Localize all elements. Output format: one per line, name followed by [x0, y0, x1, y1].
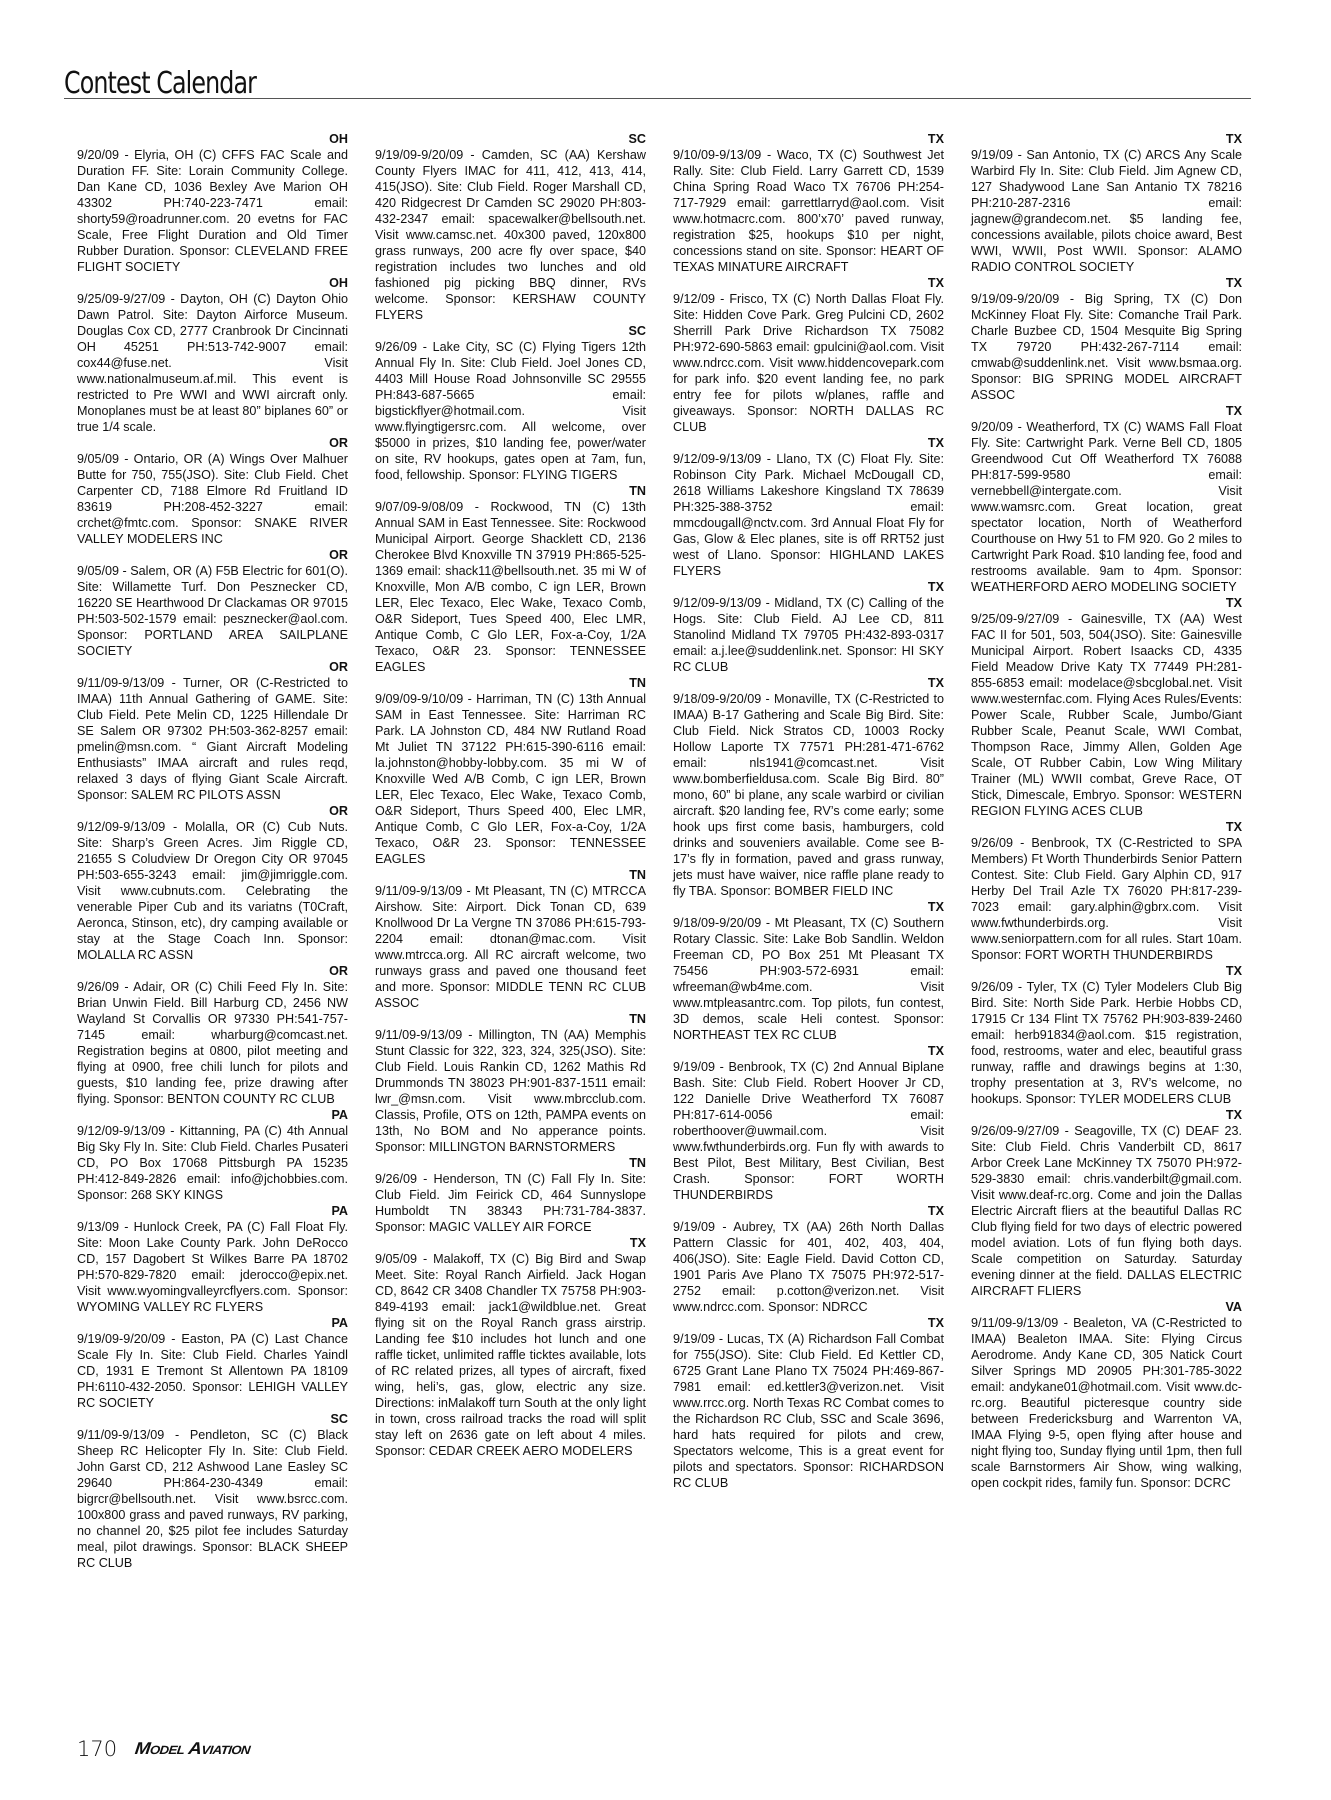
- contest-entry: PA9/19/09-9/20/09 - Easton, PA (C) Last …: [77, 1315, 348, 1411]
- state-heading: TN: [375, 675, 646, 691]
- entry-text: 9/12/09-9/13/09 - Molalla, OR (C) Cub Nu…: [77, 819, 348, 963]
- entry-text: 9/25/09-9/27/09 - Dayton, OH (C) Dayton …: [77, 291, 348, 435]
- contest-entry: TX9/19/09-9/20/09 - Big Spring, TX (C) D…: [971, 275, 1242, 403]
- contest-entry: OR9/05/09 - Salem, OR (A) F5B Electric f…: [77, 547, 348, 659]
- contest-entry: PA9/12/09-9/13/09 - Kittanning, PA (C) 4…: [77, 1107, 348, 1203]
- contest-entry: OR9/26/09 - Adair, OR (C) Chili Feed Fly…: [77, 963, 348, 1107]
- state-heading: VA: [971, 1299, 1242, 1315]
- state-heading: OR: [77, 963, 348, 979]
- entry-text: 9/07/09-9/08/09 - Rockwood, TN (C) 13th …: [375, 499, 646, 675]
- contest-entry: TX9/12/09 - Frisco, TX (C) North Dallas …: [673, 275, 944, 435]
- state-heading: TX: [971, 131, 1242, 147]
- state-heading: TN: [375, 867, 646, 883]
- entry-text: 9/09/09-9/10/09 - Harriman, TN (C) 13th …: [375, 691, 646, 867]
- state-heading: TX: [673, 579, 944, 595]
- state-heading: SC: [77, 1411, 348, 1427]
- state-heading: PA: [77, 1107, 348, 1123]
- state-heading: TX: [971, 819, 1242, 835]
- contest-entry: TX9/26/09 - Benbrook, TX (C-Restricted t…: [971, 819, 1242, 963]
- state-heading: TX: [971, 403, 1242, 419]
- entry-text: 9/11/09-9/13/09 - Turner, OR (C-Restrict…: [77, 675, 348, 803]
- contest-entry: TN9/11/09-9/13/09 - Millington, TN (AA) …: [375, 1011, 646, 1155]
- entry-text: 9/19/09 - San Antonio, TX (C) ARCS Any S…: [971, 147, 1242, 275]
- entry-text: 9/26/09 - Adair, OR (C) Chili Feed Fly I…: [77, 979, 348, 1107]
- contest-entry: TX9/12/09-9/13/09 - Midland, TX (C) Call…: [673, 579, 944, 675]
- state-heading: TX: [971, 275, 1242, 291]
- entry-text: 9/11/09-9/13/09 - Millington, TN (AA) Me…: [375, 1027, 646, 1155]
- entry-text: 9/19/09 - Lucas, TX (A) Richardson Fall …: [673, 1331, 944, 1491]
- contest-entry: TN9/26/09 - Henderson, TN (C) Fall Fly I…: [375, 1155, 646, 1235]
- contest-entry: TX9/18/09-9/20/09 - Monaville, TX (C-Res…: [673, 675, 944, 899]
- state-heading: OR: [77, 547, 348, 563]
- calendar-column-2: SC9/19/09-9/20/09 - Camden, SC (AA) Kers…: [375, 131, 646, 1459]
- magazine-logo: Model Aviation: [134, 1739, 251, 1759]
- entry-text: 9/26/09 - Henderson, TN (C) Fall Fly In.…: [375, 1171, 646, 1235]
- entry-text: 9/26/09-9/27/09 - Seagoville, TX (C) DEA…: [971, 1123, 1242, 1299]
- contest-entry: SC9/26/09 - Lake City, SC (C) Flying Tig…: [375, 323, 646, 483]
- page-header: Contest Calendar: [64, 60, 1251, 99]
- state-heading: TX: [971, 1107, 1242, 1123]
- state-heading: TX: [673, 675, 944, 691]
- calendar-column-1: OH9/20/09 - Elyria, OH (C) CFFS FAC Scal…: [77, 131, 348, 1571]
- entry-text: 9/13/09 - Hunlock Creek, PA (C) Fall Flo…: [77, 1219, 348, 1315]
- entry-text: 9/19/09 - Benbrook, TX (C) 2nd Annual Bi…: [673, 1059, 944, 1203]
- entry-text: 9/26/09 - Lake City, SC (C) Flying Tiger…: [375, 339, 646, 483]
- contest-entry: OH9/25/09-9/27/09 - Dayton, OH (C) Dayto…: [77, 275, 348, 435]
- state-heading: OR: [77, 435, 348, 451]
- contest-entry: TX9/20/09 - Weatherford, TX (C) WAMS Fal…: [971, 403, 1242, 595]
- contest-entry: TN9/09/09-9/10/09 - Harriman, TN (C) 13t…: [375, 675, 646, 867]
- entry-text: 9/11/09-9/13/09 - Bealeton, VA (C-Restri…: [971, 1315, 1242, 1491]
- entry-text: 9/05/09 - Salem, OR (A) F5B Electric for…: [77, 563, 348, 659]
- contest-entry: TX9/12/09-9/13/09 - Llano, TX (C) Float …: [673, 435, 944, 579]
- page-footer: 170 Model Aviation: [77, 1735, 240, 1763]
- contest-entry: SC9/11/09-9/13/09 - Pendleton, SC (C) Bl…: [77, 1411, 348, 1571]
- state-heading: TX: [673, 1203, 944, 1219]
- state-heading: TX: [673, 435, 944, 451]
- contest-entry: VA9/11/09-9/13/09 - Bealeton, VA (C-Rest…: [971, 1299, 1242, 1491]
- entry-text: 9/11/09-9/13/09 - Mt Pleasant, TN (C) MT…: [375, 883, 646, 1011]
- state-heading: TX: [673, 131, 944, 147]
- entry-text: 9/25/09-9/27/09 - Gainesville, TX (AA) W…: [971, 611, 1242, 819]
- entry-text: 9/18/09-9/20/09 - Monaville, TX (C-Restr…: [673, 691, 944, 899]
- entry-text: 9/12/09 - Frisco, TX (C) North Dallas Fl…: [673, 291, 944, 435]
- entry-text: 9/05/09 - Malakoff, TX (C) Big Bird and …: [375, 1251, 646, 1459]
- contest-entry: TX9/19/09 - Lucas, TX (A) Richardson Fal…: [673, 1315, 944, 1491]
- entry-text: 9/19/09-9/20/09 - Easton, PA (C) Last Ch…: [77, 1331, 348, 1411]
- contest-entry: TX9/26/09 - Tyler, TX (C) Tyler Modelers…: [971, 963, 1242, 1107]
- contest-entry: TX9/25/09-9/27/09 - Gainesville, TX (AA)…: [971, 595, 1242, 819]
- entry-text: 9/26/09 - Benbrook, TX (C-Restricted to …: [971, 835, 1242, 963]
- contest-entry: TN9/07/09-9/08/09 - Rockwood, TN (C) 13t…: [375, 483, 646, 675]
- calendar-column-4: TX9/19/09 - San Antonio, TX (C) ARCS Any…: [971, 131, 1242, 1491]
- contest-entry: TX9/18/09-9/20/09 - Mt Pleasant, TX (C) …: [673, 899, 944, 1043]
- contest-entry: TX9/26/09-9/27/09 - Seagoville, TX (C) D…: [971, 1107, 1242, 1299]
- entry-text: 9/18/09-9/20/09 - Mt Pleasant, TX (C) So…: [673, 915, 944, 1043]
- page-title: Contest Calendar: [64, 66, 256, 101]
- entry-text: 9/26/09 - Tyler, TX (C) Tyler Modelers C…: [971, 979, 1242, 1107]
- state-heading: TX: [673, 899, 944, 915]
- contest-entry: OR9/05/09 - Ontario, OR (A) Wings Over M…: [77, 435, 348, 547]
- state-heading: PA: [77, 1203, 348, 1219]
- contest-entry: PA9/13/09 - Hunlock Creek, PA (C) Fall F…: [77, 1203, 348, 1315]
- entry-text: 9/05/09 - Ontario, OR (A) Wings Over Mal…: [77, 451, 348, 547]
- state-heading: SC: [375, 323, 646, 339]
- state-heading: TX: [971, 963, 1242, 979]
- page-number: 170: [77, 1737, 117, 1761]
- contest-entry: TN9/11/09-9/13/09 - Mt Pleasant, TN (C) …: [375, 867, 646, 1011]
- entry-text: 9/10/09-9/13/09 - Waco, TX (C) Southwest…: [673, 147, 944, 275]
- entry-text: 9/12/09-9/13/09 - Llano, TX (C) Float Fl…: [673, 451, 944, 579]
- state-heading: TN: [375, 1011, 646, 1027]
- state-heading: PA: [77, 1315, 348, 1331]
- state-heading: TX: [673, 1043, 944, 1059]
- contest-entry: SC9/19/09-9/20/09 - Camden, SC (AA) Kers…: [375, 131, 646, 323]
- entry-text: 9/11/09-9/13/09 - Pendleton, SC (C) Blac…: [77, 1427, 348, 1571]
- entry-text: 9/20/09 - Weatherford, TX (C) WAMS Fall …: [971, 419, 1242, 595]
- state-heading: TX: [673, 275, 944, 291]
- contest-entry: TX9/05/09 - Malakoff, TX (C) Big Bird an…: [375, 1235, 646, 1459]
- entry-text: 9/19/09 - Aubrey, TX (AA) 26th North Dal…: [673, 1219, 944, 1315]
- state-heading: OH: [77, 275, 348, 291]
- state-heading: TN: [375, 483, 646, 499]
- calendar-columns: OH9/20/09 - Elyria, OH (C) CFFS FAC Scal…: [77, 131, 1261, 1741]
- state-heading: TX: [673, 1315, 944, 1331]
- contest-entry: TX9/19/09 - Aubrey, TX (AA) 26th North D…: [673, 1203, 944, 1315]
- contest-entry: TX9/19/09 - San Antonio, TX (C) ARCS Any…: [971, 131, 1242, 275]
- calendar-column-3: TX9/10/09-9/13/09 - Waco, TX (C) Southwe…: [673, 131, 944, 1491]
- entry-text: 9/20/09 - Elyria, OH (C) CFFS FAC Scale …: [77, 147, 348, 275]
- state-heading: TX: [375, 1235, 646, 1251]
- contest-entry: TX9/19/09 - Benbrook, TX (C) 2nd Annual …: [673, 1043, 944, 1203]
- state-heading: TX: [971, 595, 1242, 611]
- contest-entry: TX9/10/09-9/13/09 - Waco, TX (C) Southwe…: [673, 131, 944, 275]
- contest-entry: OR9/12/09-9/13/09 - Molalla, OR (C) Cub …: [77, 803, 348, 963]
- entry-text: 9/12/09-9/13/09 - Midland, TX (C) Callin…: [673, 595, 944, 675]
- state-heading: SC: [375, 131, 646, 147]
- entry-text: 9/12/09-9/13/09 - Kittanning, PA (C) 4th…: [77, 1123, 348, 1203]
- state-heading: OR: [77, 659, 348, 675]
- state-heading: TN: [375, 1155, 646, 1171]
- state-heading: OR: [77, 803, 348, 819]
- contest-entry: OR9/11/09-9/13/09 - Turner, OR (C-Restri…: [77, 659, 348, 803]
- state-heading: OH: [77, 131, 348, 147]
- contest-entry: OH9/20/09 - Elyria, OH (C) CFFS FAC Scal…: [77, 131, 348, 275]
- entry-text: 9/19/09-9/20/09 - Big Spring, TX (C) Don…: [971, 291, 1242, 403]
- entry-text: 9/19/09-9/20/09 - Camden, SC (AA) Kersha…: [375, 147, 646, 323]
